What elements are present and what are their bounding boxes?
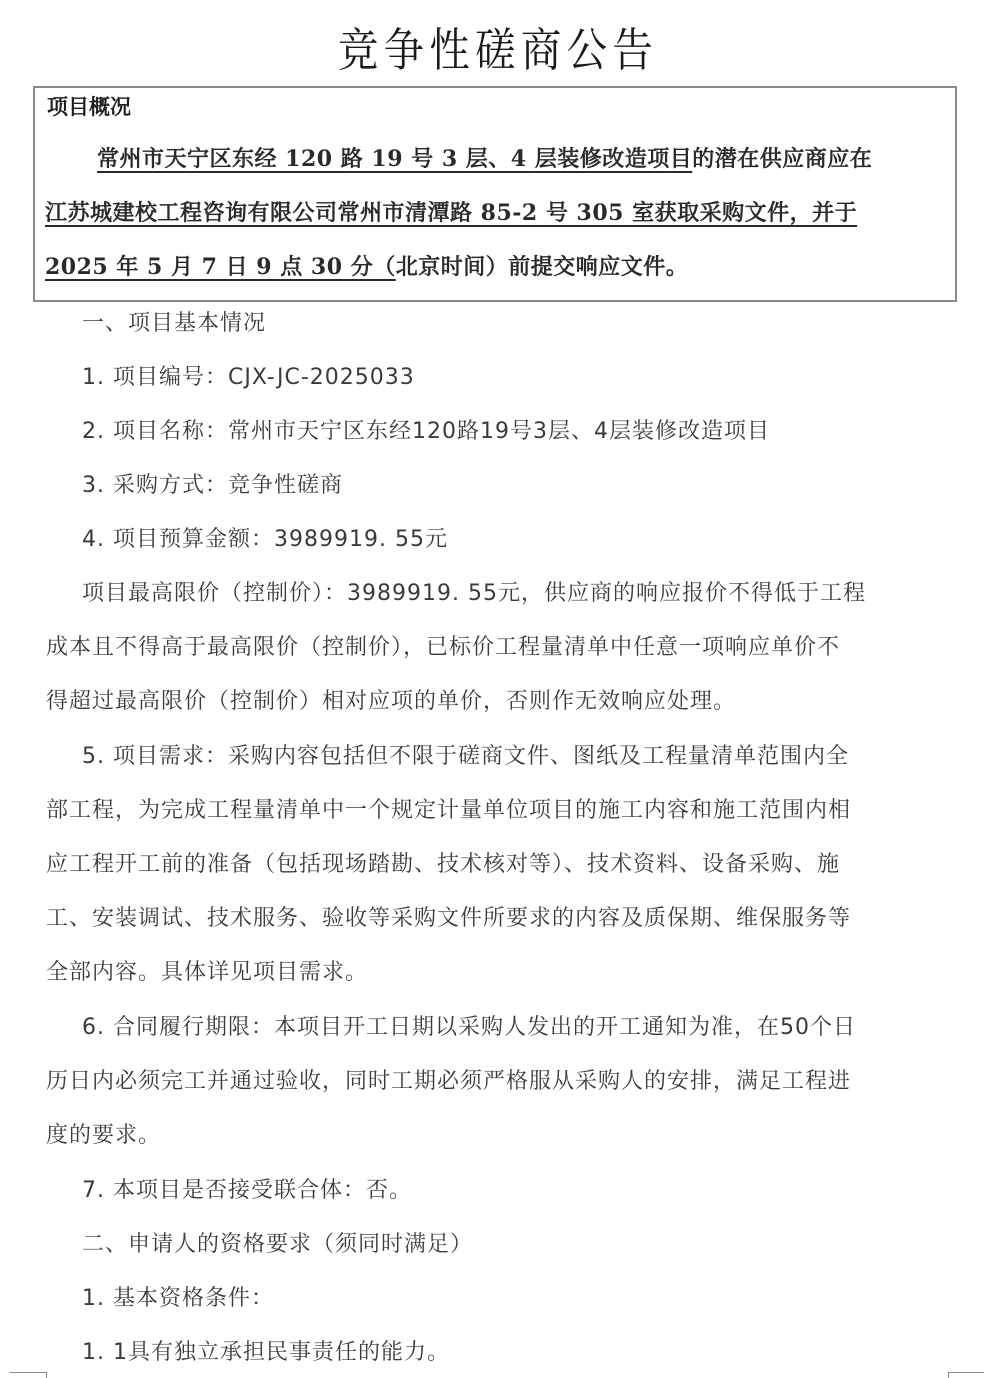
requirements-line-3: 应工程开工前的准备（包括现场踏勘、技术核对等）、技术资料、设备采购、施 [46, 850, 840, 880]
summary-location: 江苏城建校工程咨询有限公司常州市清潭路 85-2 号 305 室获取采购文件，并… [45, 200, 857, 226]
document-title: 竞争性磋商公告 [60, 18, 936, 82]
consortium-policy: 7. 本项目是否接受联合体：否。 [82, 1176, 412, 1206]
section2-heading: 二、申请人的资格要求（须同时满足） [82, 1230, 473, 1260]
summary-heading: 项目概况 [47, 92, 131, 122]
contract-period-line-1: 6. 合同履行期限：本项目开工日期以采购人发出的开工通知为准，在50个日 [82, 1013, 856, 1043]
project-summary-box: 项目概况 常州市天宁区东经 120 路 19 号 3 层、4 层装修改造项目的潜… [33, 86, 957, 302]
procurement-method: 3. 采购方式：竞争性磋商 [82, 471, 343, 501]
project-name: 2. 项目名称：常州市天宁区东经120路19号3层、4层装修改造项目 [82, 417, 770, 447]
summary-line-3-rest: 北京时间）前提交响应文件。 [396, 254, 689, 280]
requirements-line-5: 全部内容。具体详见项目需求。 [46, 958, 368, 988]
summary-deadline: 2025 年 5 月 7 日 9 点 30 分（ [45, 254, 396, 280]
summary-line-2: 江苏城建校工程咨询有限公司常州市清潭路 85-2 号 305 室获取采购文件，并… [45, 198, 857, 228]
max-price-line-2: 成本且不得高于最高限价（控制价），已标价工程量清单中任意一项响应单价不 [46, 633, 840, 663]
requirements-line-1: 5. 项目需求：采购内容包括但不限于磋商文件、图纸及工程量清单范围内全 [82, 742, 849, 772]
summary-line-1-rest: 的潜在供应商应在 [692, 146, 872, 172]
contract-period-line-3: 度的要求。 [46, 1121, 161, 1151]
qualification-1-1: 1. 1具有独立承担民事责任的能力。 [82, 1338, 450, 1368]
page-corner-mark-right-tick [948, 1372, 949, 1378]
max-price-line-1: 项目最高限价（控制价）：3989919. 55元，供应商的响应报价不得低于工程 [82, 579, 866, 609]
page-corner-mark-left-tick [46, 1372, 47, 1378]
basic-qualifications: 1. 基本资格条件： [82, 1284, 274, 1314]
summary-line-3: 2025 年 5 月 7 日 9 点 30 分（北京时间）前提交响应文件。 [45, 252, 688, 282]
page-corner-mark-right [948, 1372, 984, 1373]
section1-heading: 一、项目基本情况 [82, 309, 266, 339]
summary-line-1: 常州市天宁区东经 120 路 19 号 3 层、4 层装修改造项目的潜在供应商应… [97, 144, 872, 174]
max-price-line-3: 得超过最高限价（控制价）相对应项的单价，否则作无效响应处理。 [46, 687, 736, 717]
summary-project-name: 常州市天宁区东经 120 路 19 号 3 层、4 层装修改造项目 [97, 146, 692, 172]
project-number: 1. 项目编号：CJX-JC-2025033 [82, 363, 415, 393]
requirements-line-2: 部工程，为完成工程量清单中一个规定计量单位项目的施工内容和施工范围内相 [46, 796, 851, 826]
requirements-line-4: 工、安装调试、技术服务、验收等采购文件所要求的内容及质保期、维保服务等 [46, 904, 851, 934]
project-budget: 4. 项目预算金额：3989919. 55元 [82, 525, 448, 555]
page-corner-mark-left [10, 1372, 46, 1373]
document-page: 竞争性磋商公告 项目概况 常州市天宁区东经 120 路 19 号 3 层、4 层… [0, 0, 996, 1378]
contract-period-line-2: 历日内必须完工并通过验收，同时工期必须严格服从采购人的安排，满足工程进 [46, 1067, 851, 1097]
